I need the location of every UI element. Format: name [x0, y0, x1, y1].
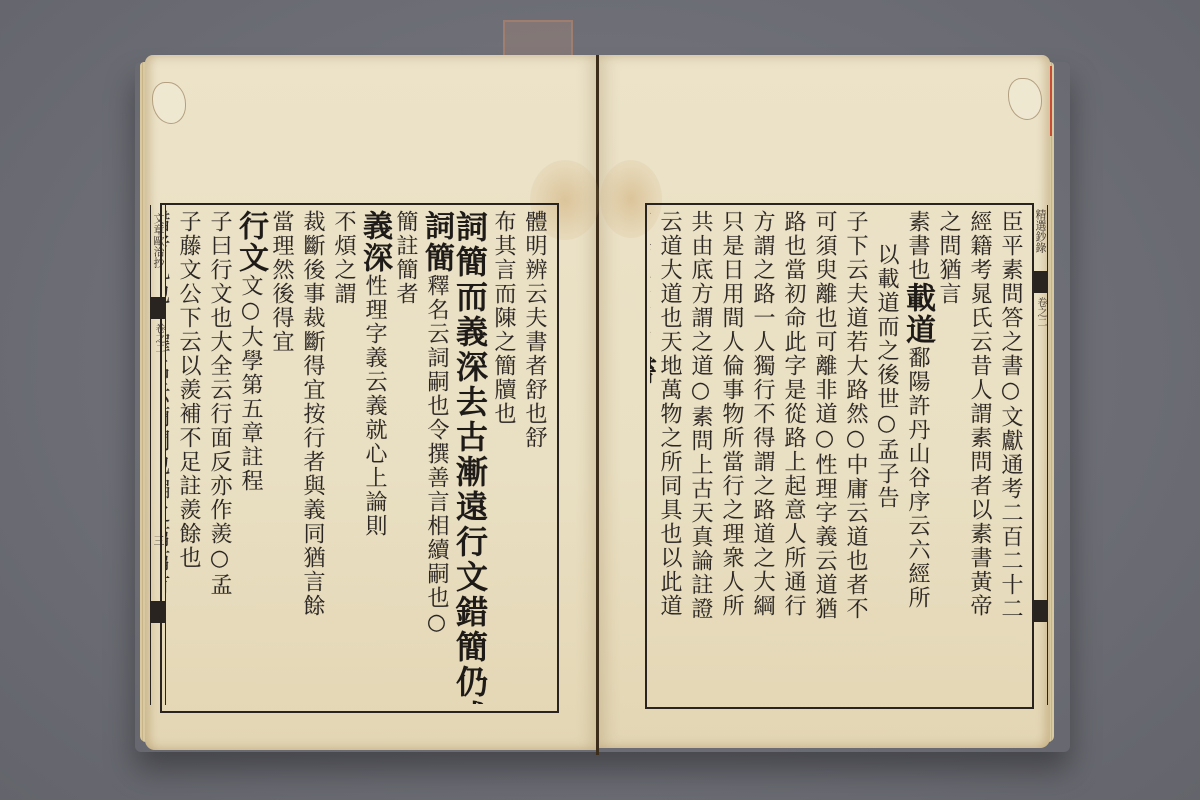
- lead-term: 詞簡: [419, 210, 454, 274]
- right-fore-edge: 精選鈔錄 卷之二: [1032, 205, 1048, 705]
- text-column: 子曰行文也大全云行面反亦作羨○孟: [204, 210, 235, 704]
- text-column: 素書也載道鄱陽許丹山谷序云六經所: [902, 210, 933, 702]
- text-column: 子下云夫道若大路然○中庸云道也者不: [840, 210, 871, 702]
- text-column: 云道大道也天地萬物之所同具也以此道: [654, 210, 685, 702]
- fish-tail-mark-lower: [1033, 600, 1047, 622]
- text-column: 行文文○大學第五章註程: [235, 210, 266, 704]
- book-gutter: [596, 55, 599, 755]
- text-column: 子藤文公下云以羨補不足註羨餘也: [173, 210, 204, 704]
- text-column: 方謂之路一人獨行不得謂之路道之大綱: [747, 210, 778, 702]
- heading-column: 詞簡而義深去古漸遠行文錯簡仍或有之: [452, 210, 488, 704]
- lead-term: 載道: [900, 282, 935, 346]
- text-column: 裁斷後事裁斷得宜按行者與義同猶言餘: [297, 210, 328, 704]
- text-column: 義深性理字義云義就心上論則: [359, 210, 390, 704]
- text-column: 之問猶言: [933, 210, 964, 702]
- text-column: 經籍考晁氏云昔人謂素問者以素書黃帝: [964, 210, 995, 702]
- text-column: 可須臾離也可離非道○性理字義云道猶: [809, 210, 840, 702]
- right-fore-edge-title: 精選鈔錄: [1033, 209, 1047, 253]
- right-text-columns: 臣平素問答之書○文獻通考二百二十二 經籍考晁氏云昔人謂素問者以素書黃帝 之問猶言…: [650, 210, 1026, 702]
- text-column: 以載道而之後世○孟子告: [871, 210, 902, 702]
- text-column: 共由底方謂之道○素問上古天真論註證: [685, 210, 716, 702]
- text-column: 只是日用間人倫事物所當行之理衆人所: [716, 210, 747, 702]
- text-column: 布其言而陳之簡牘也: [488, 210, 519, 704]
- lead-term: 義深: [357, 210, 392, 274]
- text-column: 當理然後得宜: [266, 210, 297, 704]
- lead-term: 行文: [233, 210, 268, 274]
- text-column: 簡註簡者: [390, 210, 421, 704]
- text-column: 臣平素問答之書○文獻通考二百二十二: [995, 210, 1026, 702]
- text-column: 體明辨云夫書者舒也舒: [519, 210, 550, 704]
- left-text-columns: 體明辨云夫書者舒也舒 布其言而陳之簡牘也 詞簡而義深去古漸遠行文錯簡仍或有之 詞…: [166, 210, 550, 704]
- text-column: 詞簡釋名云詞嗣也令撰善言相續嗣也○: [421, 210, 452, 704]
- text-column: 路也當初命此字是從路上起意人所通行: [778, 210, 809, 702]
- text-column: 錯者亂也○釋名云簡間也編之篇篇有: [166, 210, 173, 704]
- right-fore-edge-volume: 卷之二: [1033, 297, 1047, 327]
- text-column: 不煩之謂: [328, 210, 359, 704]
- fish-tail-mark: [1033, 271, 1047, 293]
